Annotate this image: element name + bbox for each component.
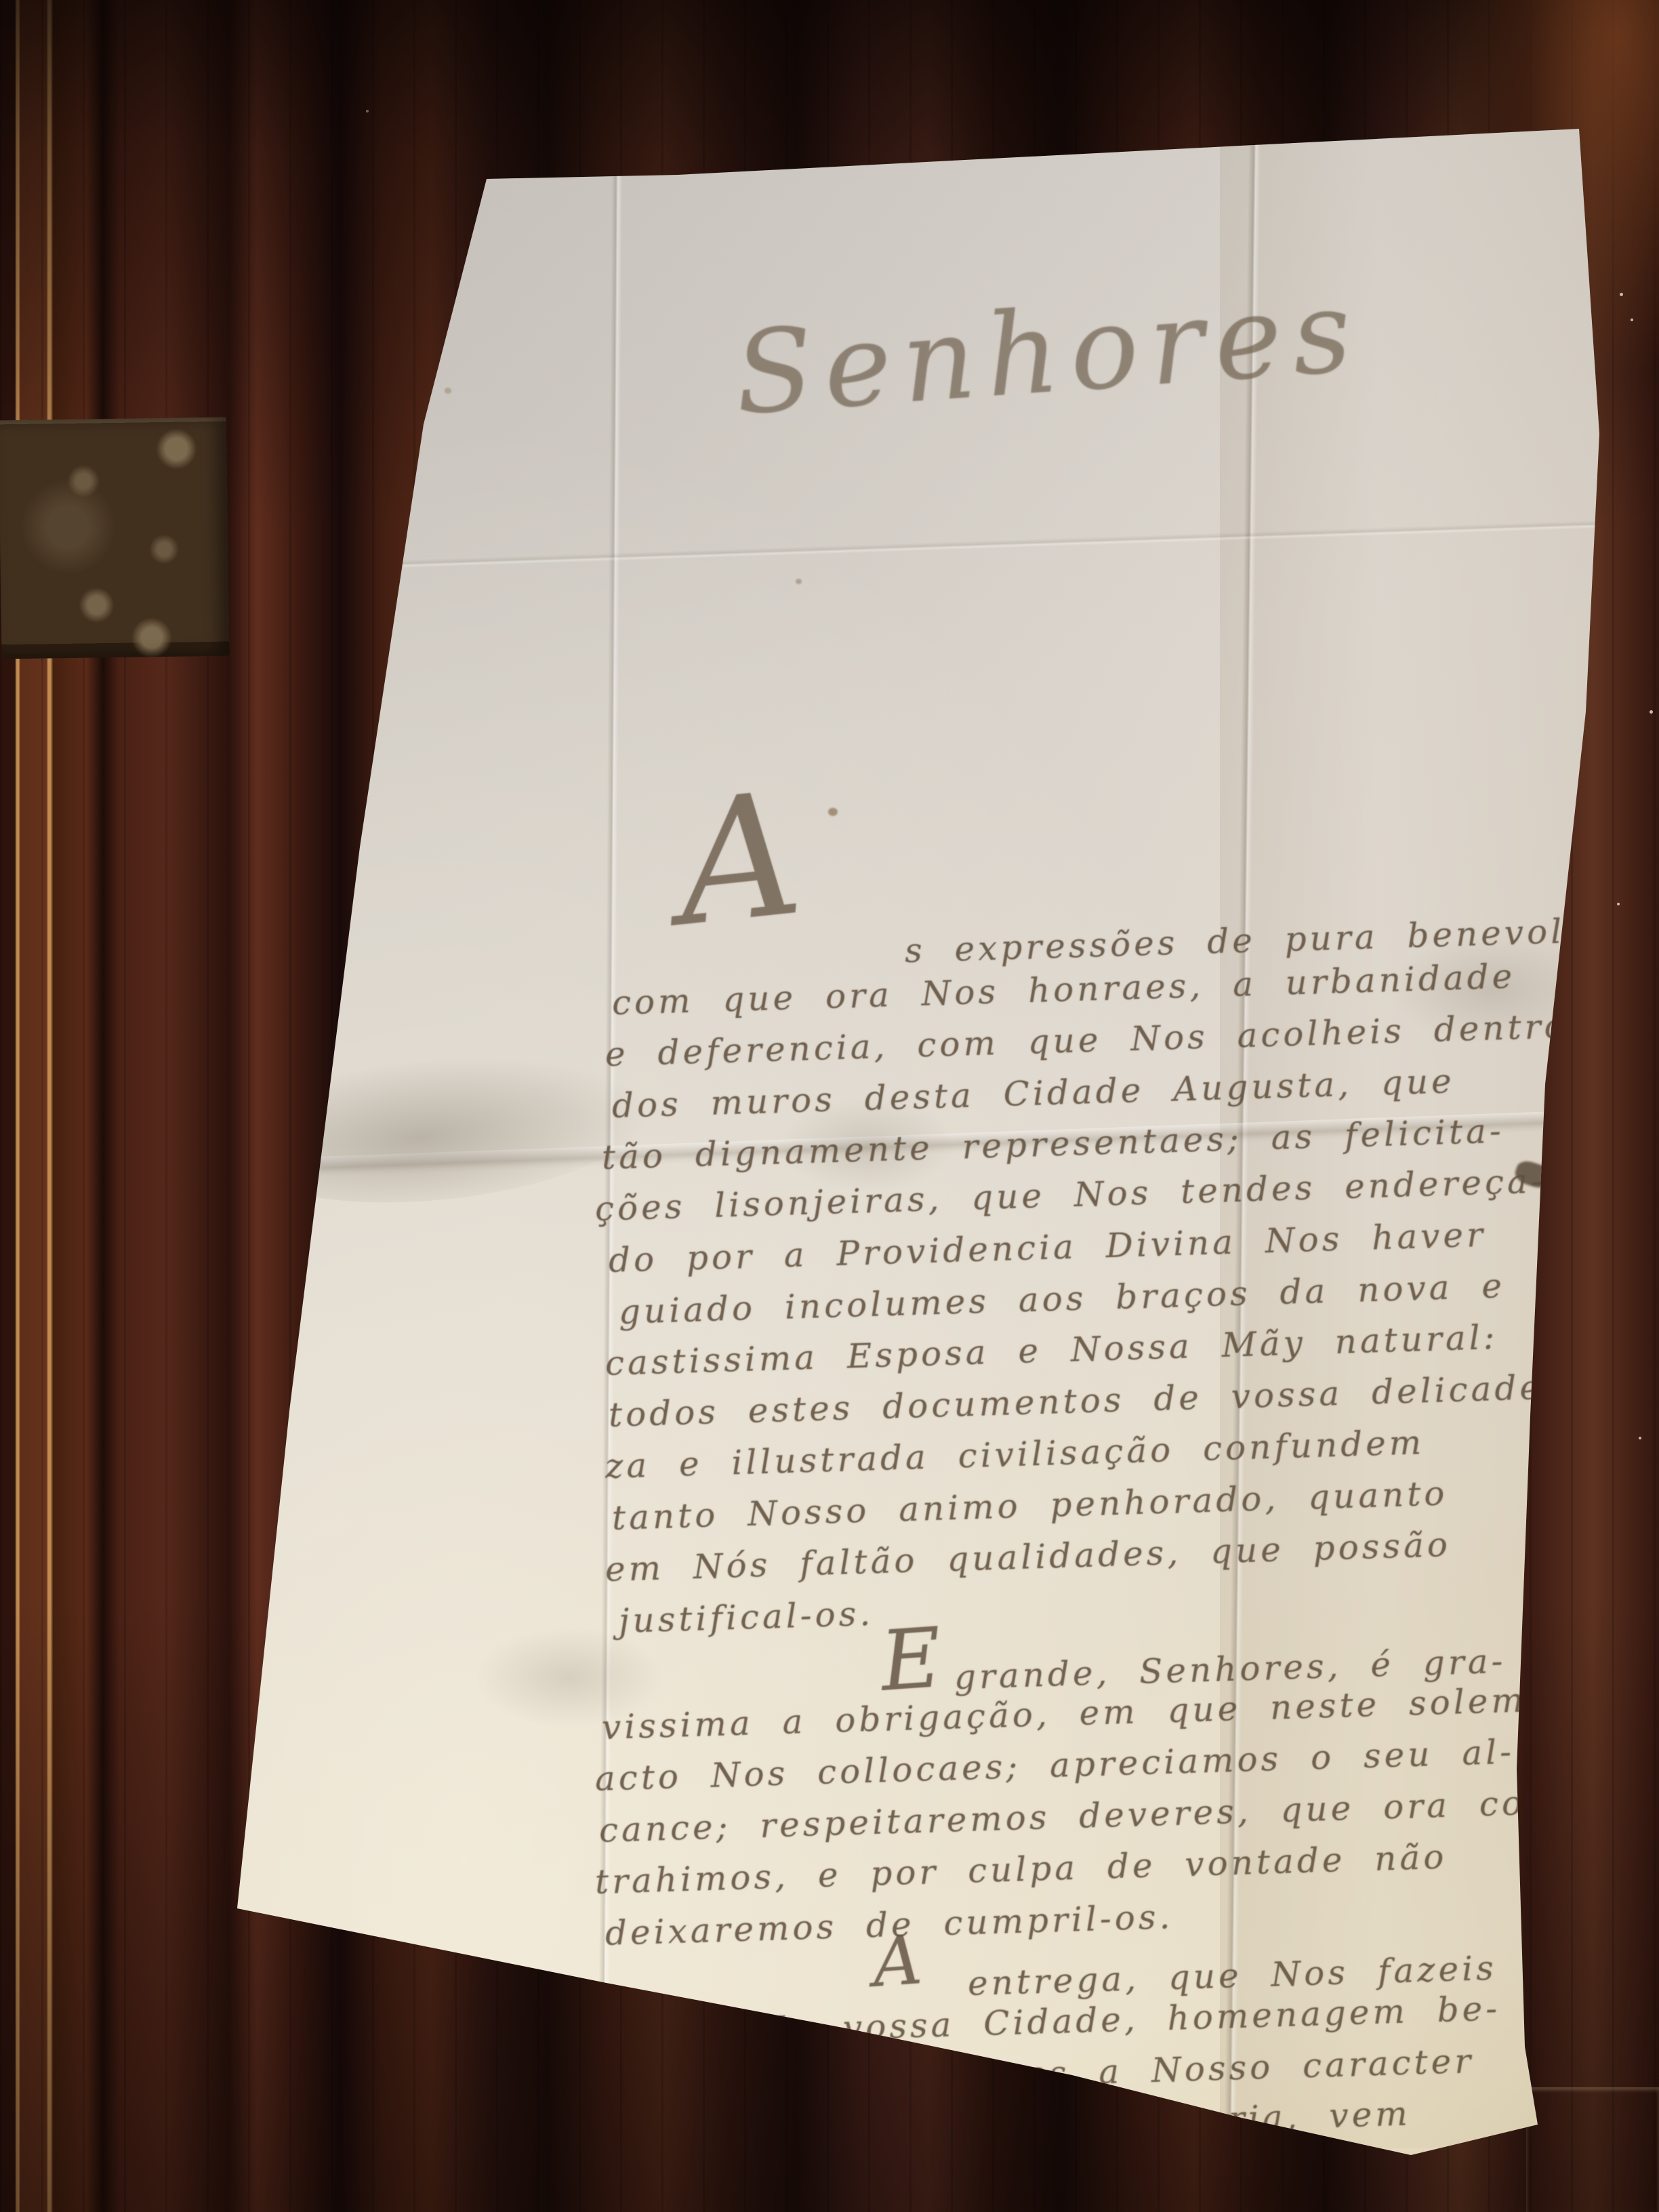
stain-spot: [796, 579, 802, 584]
stain-spot: [828, 808, 838, 816]
brass-corner-fitting: [1526, 2087, 1659, 2212]
brass-hinge-plate: [0, 417, 229, 659]
photo-of-handwritten-letter: Senhores A s expressões de pura benevole…: [0, 0, 1659, 2212]
paragraph-initial: A: [871, 1929, 927, 1994]
stain-spot: [445, 388, 451, 394]
paragraph-initial: E: [878, 1621, 947, 1700]
dust-speck: [1631, 319, 1633, 321]
paragraph-initial: A: [670, 777, 811, 941]
dust-speck: [1650, 710, 1653, 714]
dust-speck: [1639, 1437, 1641, 1439]
handwritten-line: justifical-os.: [618, 1597, 874, 1638]
dust-speck: [1617, 903, 1620, 905]
dust-speck: [1620, 293, 1623, 296]
dust-speck: [366, 110, 369, 112]
